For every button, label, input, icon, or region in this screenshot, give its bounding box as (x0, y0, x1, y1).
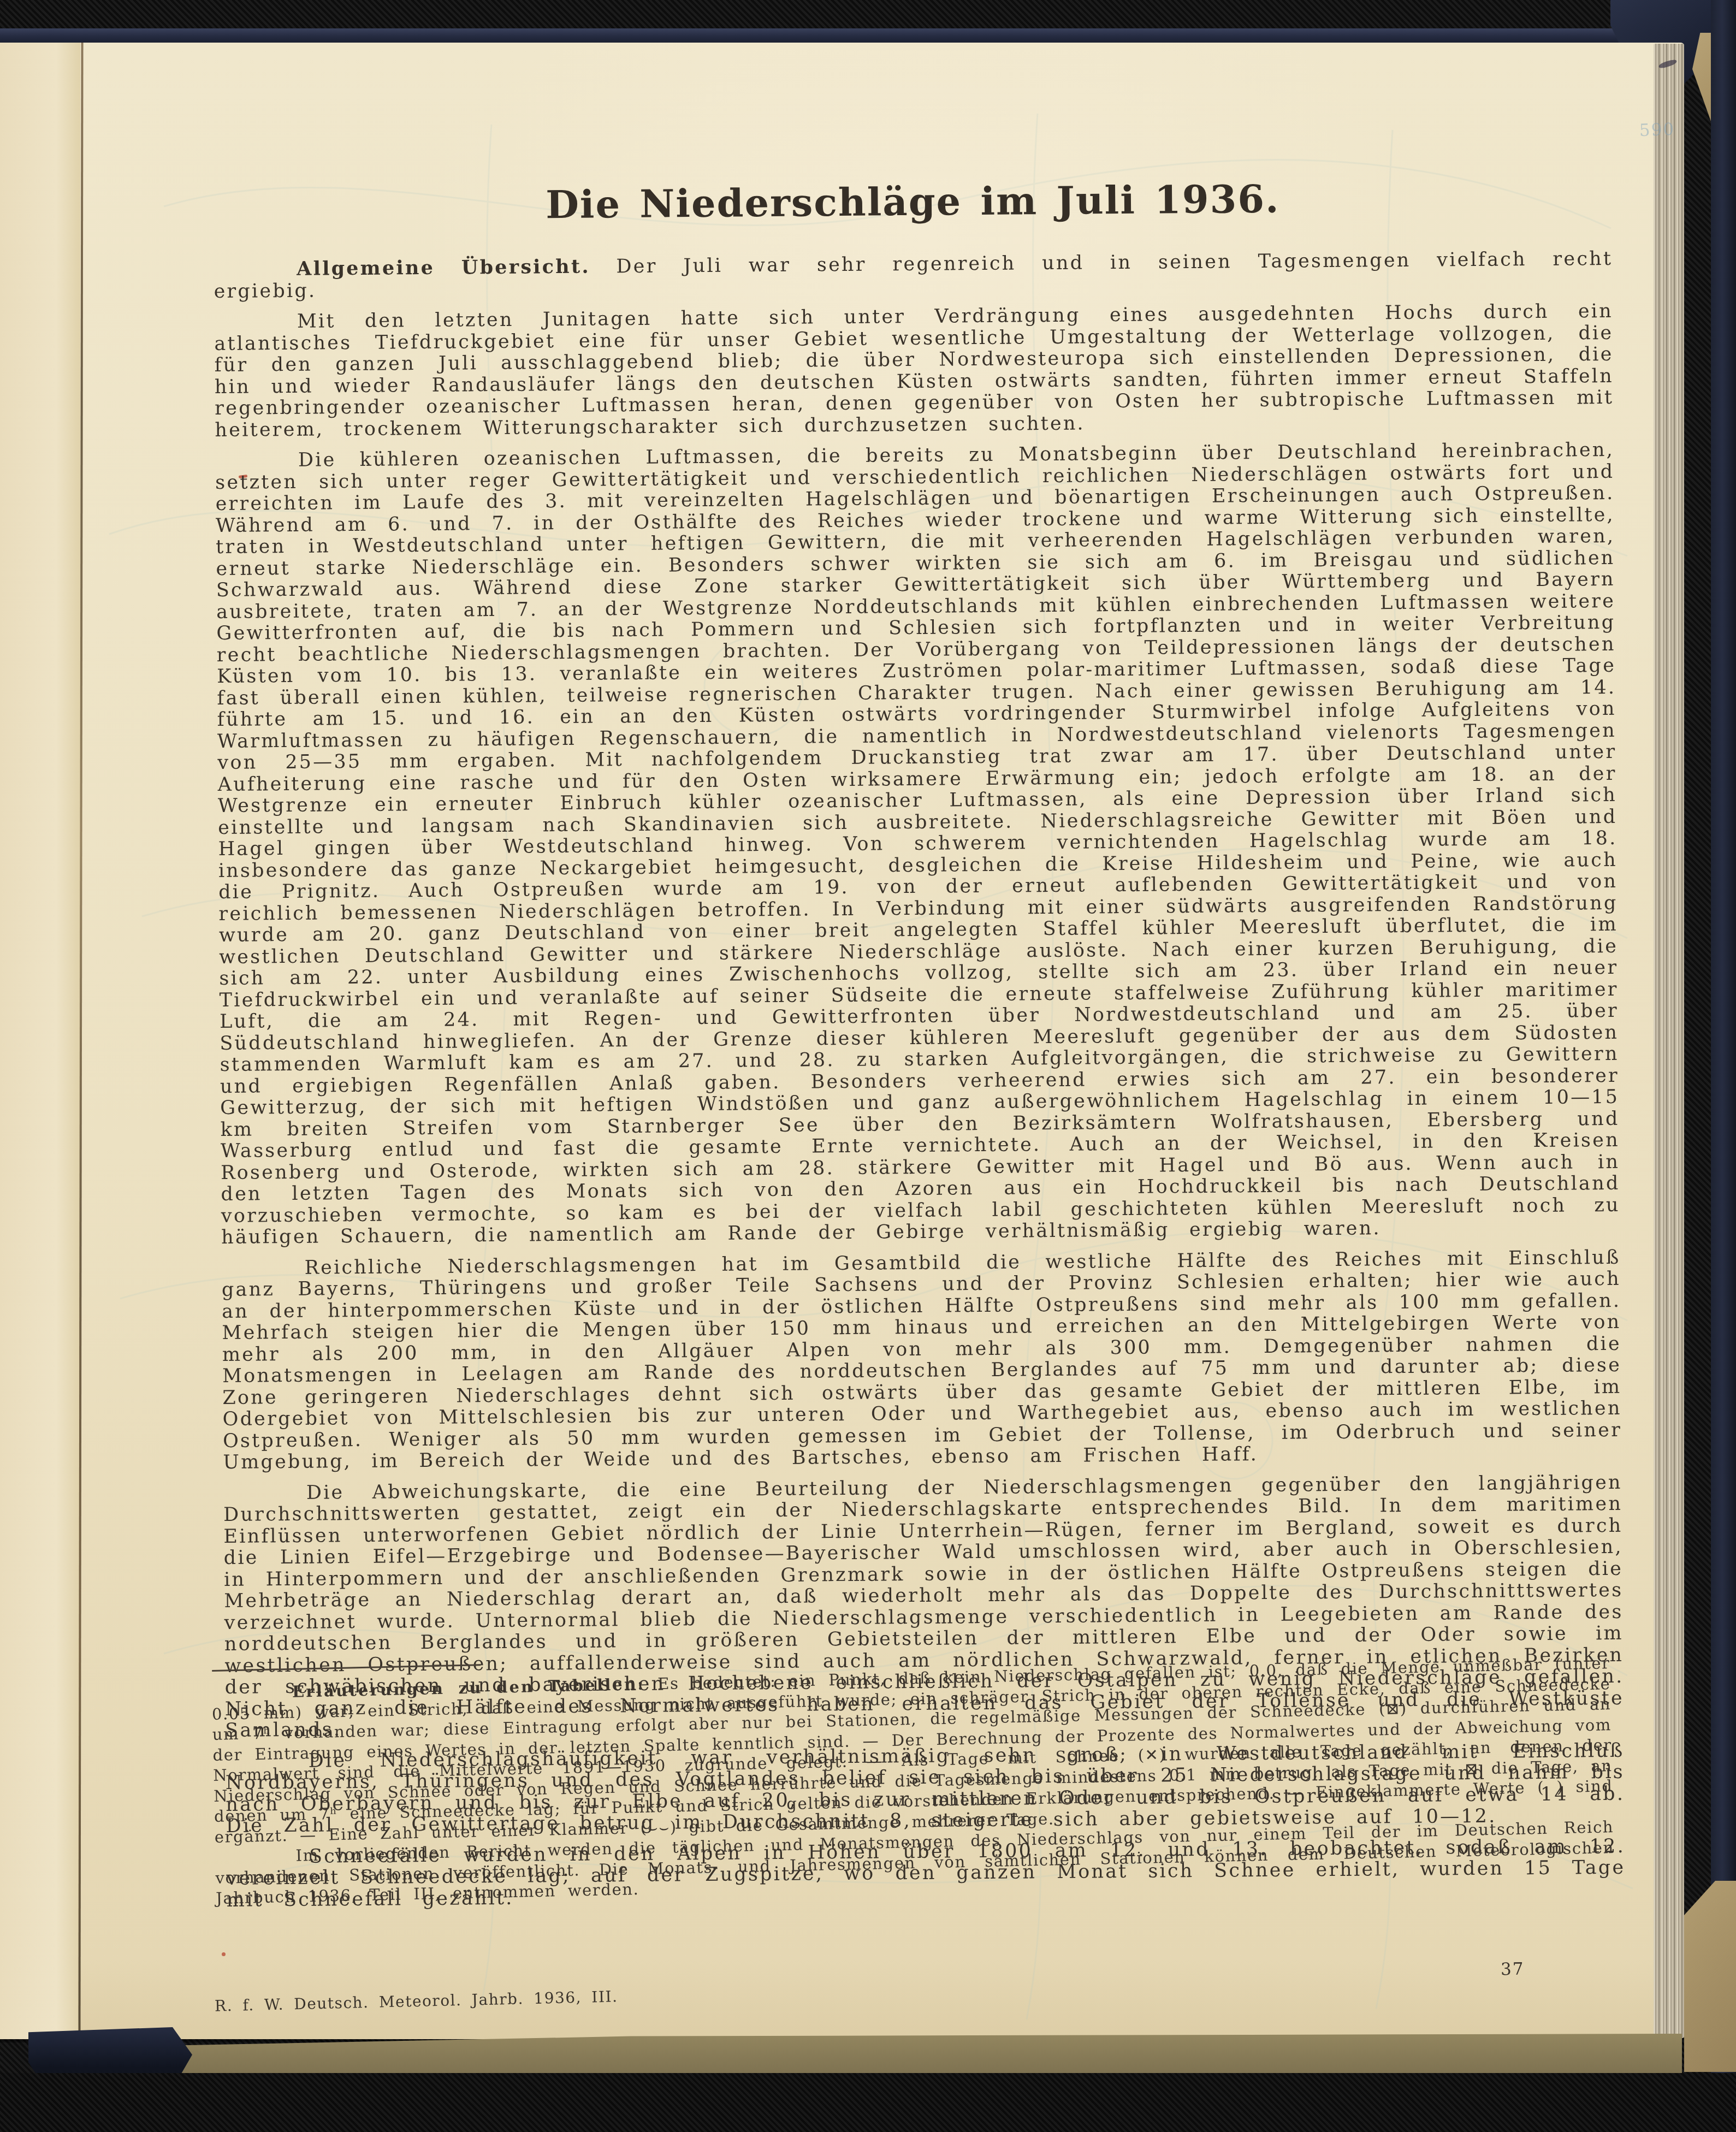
general-overview-paragraph: Allgemeine Übersicht. Der Juli war sehr … (214, 248, 1613, 303)
scanned-book-page: { "doc": { "title": "Die Niederschläge i… (0, 0, 1736, 2132)
fore-edge-page-stack (1654, 44, 1684, 2038)
board-bottom-strip (180, 2034, 1682, 2075)
cover-right-band (1711, 0, 1736, 2132)
body-paragraph-weather-change: Mit den letzten Junitagen hatte sich unt… (214, 301, 1614, 441)
board-bottom-right (1684, 1881, 1736, 2072)
footnote-table-explanations: Erläuterungen zu den Tabellen: Es bedeut… (211, 1653, 1614, 1847)
cover-fabric-bottom (0, 2073, 1736, 2132)
facing-page-strip (0, 43, 80, 2039)
show-through-page-number: 590 (1639, 120, 1675, 140)
overview-lead-in: Allgemeine Übersicht. (297, 256, 590, 280)
cover-patch-bottom-left (28, 2027, 192, 2077)
footnote-block: Erläuterungen zu den Tabellen: Es bedeut… (211, 1639, 1615, 1909)
red-margin-dot (222, 1952, 226, 1956)
body-paragraph-precipitation-amounts: Reichliche Niederschlagsmengen hat im Ge… (221, 1247, 1622, 1473)
body-paragraph-daily-course: Die kühleren ozeanischen Luftmassen, die… (215, 440, 1620, 1249)
page-number: 37 (1501, 1959, 1525, 1980)
